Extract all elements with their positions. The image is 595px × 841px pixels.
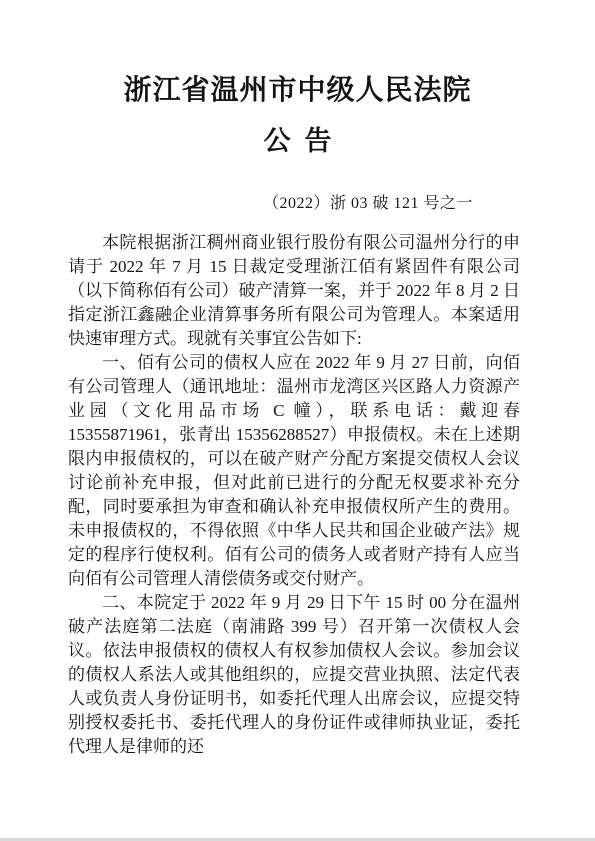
announcement-body: 本院根据浙江稠州商业银行股份有限公司温州分行的申请于 2022 年 7 月 15… bbox=[68, 231, 520, 759]
paragraph-intro: 本院根据浙江稠州商业银行股份有限公司温州分行的申请于 2022 年 7 月 15… bbox=[68, 231, 520, 351]
court-announcement-page: 浙江省温州市中级人民法院 公 告 （2022）浙 03 破 121 号之一 本院… bbox=[0, 0, 595, 841]
court-name-heading: 浙江省温州市中级人民法院 bbox=[0, 68, 595, 108]
case-number: （2022）浙 03 破 121 号之一 bbox=[263, 190, 473, 213]
paragraph-item-one-claims-declaration: 一、佰有公司的债权人应在 2022 年 9 月 27 日前，向佰有公司管理人（通… bbox=[68, 351, 520, 591]
announcement-title: 公 告 bbox=[0, 119, 595, 158]
paragraph-item-two-creditors-meeting: 二、本院定于 2022 年 9 月 29 日下午 15 时 00 分在温州破产法… bbox=[68, 591, 520, 759]
